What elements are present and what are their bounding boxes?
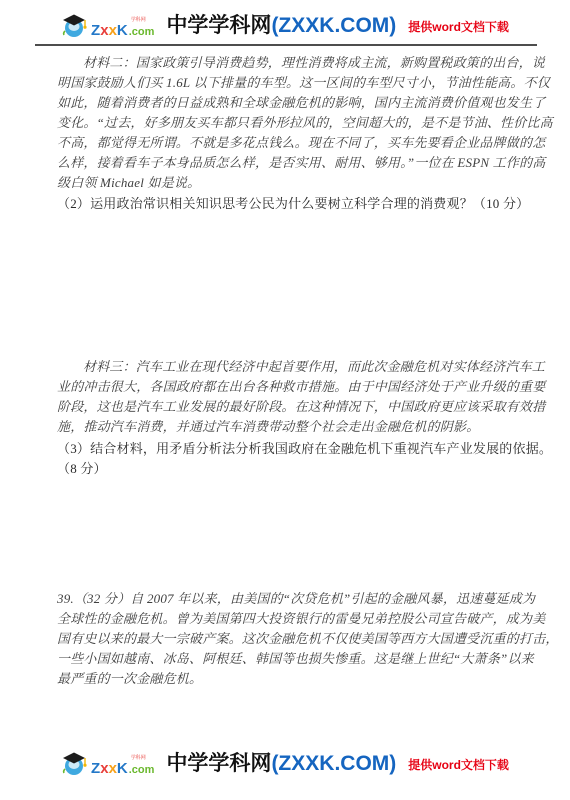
- material3-paragraph: 材料三：汽车工业在现代经济中起首要作用，而此次金融危机对实体经济汽车工 业的冲击…: [57, 357, 525, 437]
- header-divider: [35, 44, 537, 46]
- text-line: 施，推动汽车消费，并通过汽车消费带动整个社会走出金融危机的阴影。: [57, 417, 525, 437]
- question-39-paragraph: 39.（32 分）自 2007 年以来，由美国的“次贷危机”引起的金融风暴，迅速…: [57, 589, 525, 689]
- logo-com-suffix: .com: [129, 26, 155, 38]
- text-line: 39.（32 分）自 2007 年以来，由美国的“次贷危机”引起的金融风暴，迅速…: [57, 589, 525, 609]
- text-line: 么样，接着看车子本身品质怎么样，是否实用、耐用、够用。”一位在 ESPN 工作的…: [57, 153, 525, 173]
- text-line: （3）结合材料，用矛盾分析法分析我国政府在金融危机下重视汽车产业发展的依据。: [57, 439, 525, 459]
- page-footer: ZxxK学科网.com 中学学科网(ZXXK.COM) 提供word文档下载: [0, 744, 570, 780]
- text-line: 一些小国如越南、冰岛、阿根廷、韩国等也损失惨重。这是继上世纪“大萧条”以来: [57, 649, 525, 669]
- page-header: ZxxK学科网.com 中学学科网(ZXXK.COM) 提供word文档下载: [0, 6, 570, 42]
- text-line: 级白领 Michael 如是说。: [57, 173, 525, 193]
- text-line: 如此，随着消费者的日益成熟和全球金融危机的影响，国内主流消费价值观也发生了: [57, 93, 525, 113]
- site-name: 中学学科网: [166, 752, 271, 775]
- logo-small-text: 学科网: [131, 756, 146, 761]
- word-download-note: 提供word文档下载: [408, 752, 509, 773]
- logo-letter: x: [100, 23, 108, 38]
- text-line: 国有史以来的最大一宗破产案。这次金融危机不仅使美国等西方大国遭受沉重的打击，: [57, 629, 525, 649]
- text-line: （8 分）: [57, 459, 525, 479]
- logo-letter: K: [117, 23, 128, 38]
- site-title: 中学学科网(ZXXK.COM): [166, 9, 396, 39]
- logo-letter: x: [109, 761, 117, 776]
- site-name: 中学学科网: [166, 14, 271, 37]
- zxxk-logo: ZxxK学科网.com: [61, 749, 154, 776]
- text-line: 全球性的金融危机。曾为美国第四大投资银行的雷曼兄弟控股公司宣告破产，成为美: [57, 609, 525, 629]
- zxxk-logo: ZxxK学科网.com: [61, 11, 154, 38]
- logo-letter: Z: [91, 23, 100, 38]
- logo-letter: x: [100, 761, 108, 776]
- document-page: ZxxK学科网.com 中学学科网(ZXXK.COM) 提供word文档下载 材…: [0, 0, 570, 800]
- logo-letter: K: [117, 761, 128, 776]
- text-line: 材料三：汽车工业在现代经济中起首要作用，而此次金融危机对实体经济汽车工: [57, 357, 525, 377]
- text-line: 阶段，这也是汽车工业发展的最好阶段。在这种情况下，中国政府更应该采取有效措: [57, 397, 525, 417]
- text-line: 明国家鼓励人们买 1.6L 以下排量的车型。这一区间的车型尺寸小，节油性能高。不…: [57, 73, 525, 93]
- text-line: （2）运用政治常识相关知识思考公民为什么要树立科学合理的消费观？（10 分）: [57, 194, 525, 214]
- logo-wordmark: ZxxK学科网.com: [91, 23, 154, 38]
- text-line: 最严重的一次金融危机。: [57, 669, 525, 689]
- question-2: （2）运用政治常识相关知识思考公民为什么要树立科学合理的消费观？（10 分）: [57, 194, 525, 214]
- logo-letter: x: [109, 23, 117, 38]
- logo-wordmark: ZxxK学科网.com: [91, 761, 154, 776]
- graduation-cap-mascot-icon: [61, 11, 89, 38]
- material2-paragraph: 材料二：国家政策引导消费趋势，理性消费将成主流，新购置税政策的出台，说 明国家鼓…: [57, 53, 525, 193]
- logo-letter: Z: [91, 761, 100, 776]
- question-3: （3）结合材料，用矛盾分析法分析我国政府在金融危机下重视汽车产业发展的依据。 （…: [57, 439, 525, 479]
- logo-com-suffix: .com: [129, 764, 155, 776]
- site-domain: (ZXXK.COM): [271, 752, 396, 775]
- text-line: 变化。“过去，好多朋友买车都只看外形拉风的，空间超大的，是不是节油、性价比高: [57, 113, 525, 133]
- site-title: 中学学科网(ZXXK.COM): [166, 747, 396, 777]
- graduation-cap-mascot-icon: [61, 749, 89, 776]
- text-line: 材料二：国家政策引导消费趋势，理性消费将成主流，新购置税政策的出台，说: [57, 53, 525, 73]
- logo-small-text: 学科网: [131, 18, 146, 23]
- word-download-note: 提供word文档下载: [408, 14, 509, 35]
- text-line: 不高，都觉得无所谓。不就是多花点钱么。现在不同了，买车先要看企业品牌做的怎: [57, 133, 525, 153]
- text-line: 业的冲击很大，各国政府都在出台各种救市措施。由于中国经济处于产业升级的重要: [57, 377, 525, 397]
- site-domain: (ZXXK.COM): [271, 14, 396, 37]
